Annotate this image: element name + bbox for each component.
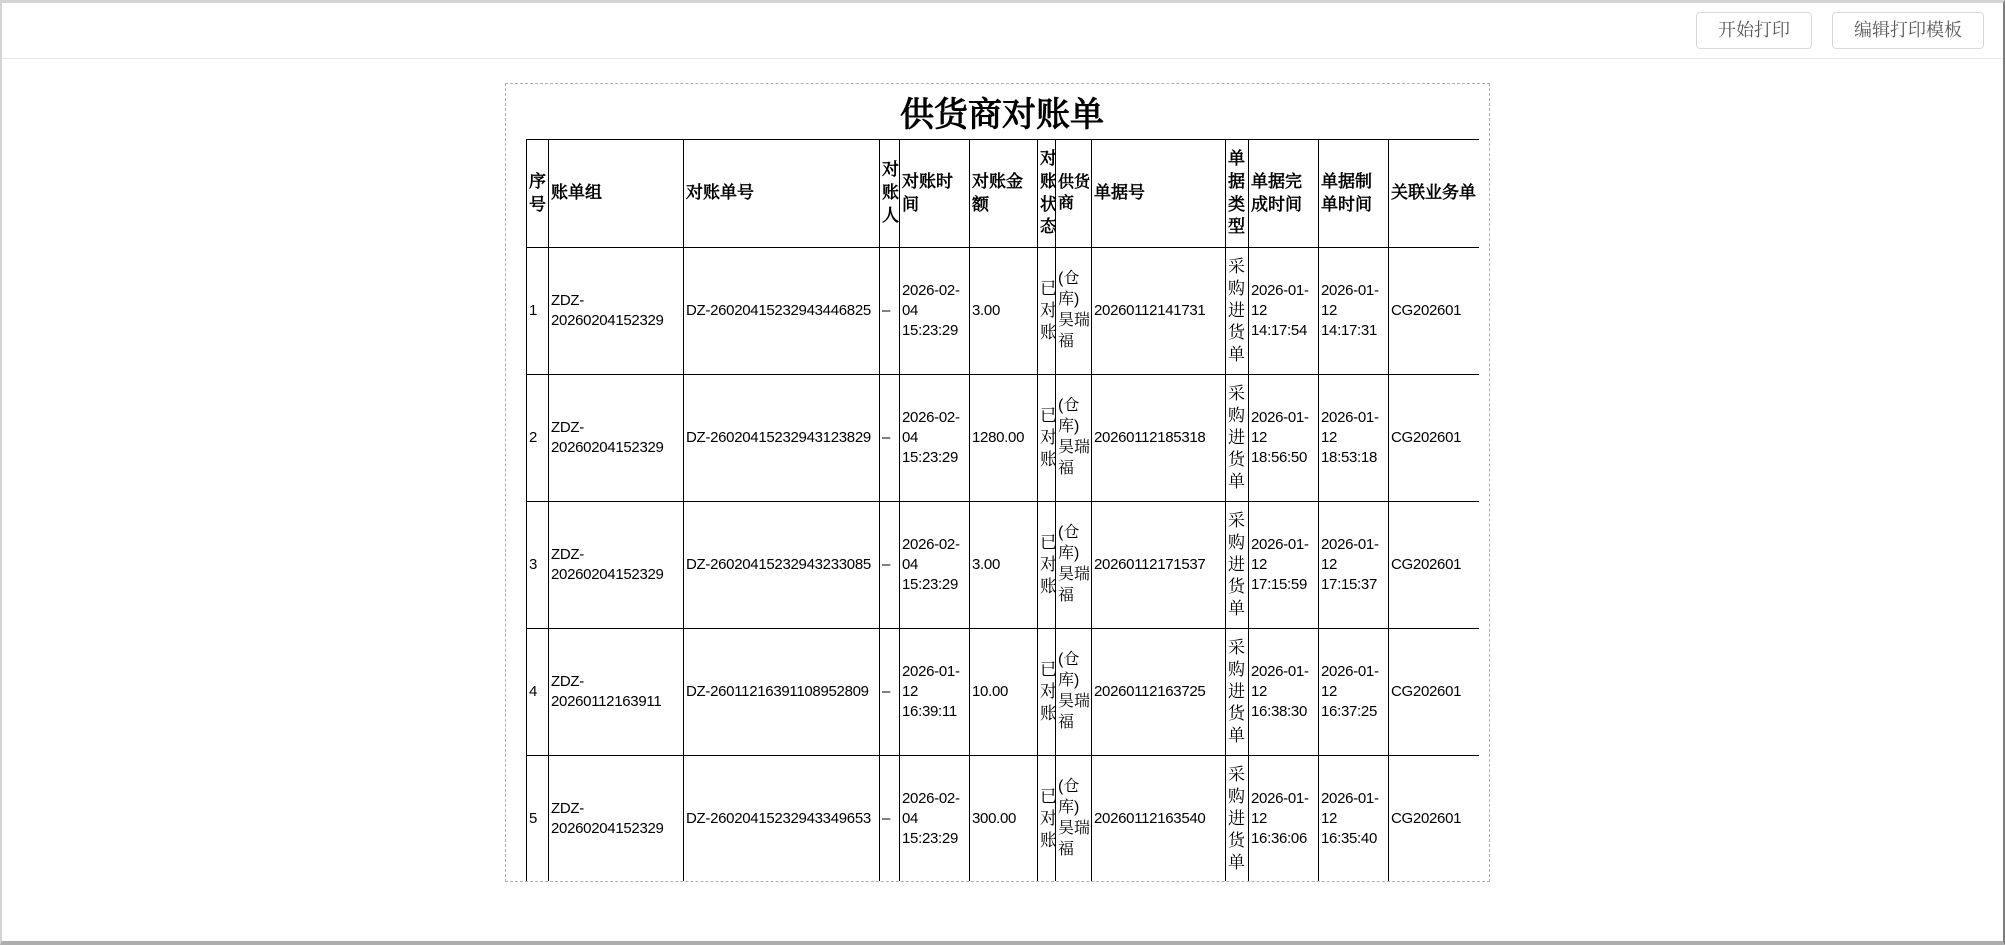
cell-supplier: (仓库)昊瑞福 [1056,248,1092,375]
column-header-reconcile-amount: 对账金额 [970,140,1038,248]
cell-reconciler: – [880,502,900,629]
cell-related-biz-order: CG202601 [1389,248,1479,375]
cell-doc-no: 20260112185318 [1092,375,1226,502]
print-preview-paper: 供货商对账单 序号账单组对账单号对账人对账时间对账金额对账状态供货商单据号单据类… [505,83,1490,882]
statement-table-header: 序号账单组对账单号对账人对账时间对账金额对账状态供货商单据号单据类型单据完成时间… [527,140,1479,248]
cell-reconcile-time: 2026-02-04 15:23:29 [900,756,970,883]
cell-doc-finish-time: 2026-01-12 14:17:54 [1249,248,1319,375]
app-window: 开始打印 编辑打印模板 供货商对账单 序号账单组对账单号对账人对账时间对账金额对… [0,0,2005,945]
cell-related-biz-order: CG202601 [1389,502,1479,629]
cell-bill-group: ZDZ-20260204152329 [549,502,684,629]
cell-reconciler: – [880,248,900,375]
cell-reconcile-status: 已对账 [1038,629,1056,756]
column-header-statement-no: 对账单号 [684,140,880,248]
table-row: 4ZDZ-20260112163911DZ-260112163911089528… [527,629,1479,756]
cell-supplier: (仓库)昊瑞福 [1056,502,1092,629]
cell-statement-no: DZ-26020415232943123829 [684,375,880,502]
cell-doc-create-time: 2026-01-12 17:15:37 [1319,502,1389,629]
cell-reconcile-time: 2026-02-04 15:23:29 [900,248,970,375]
column-header-reconcile-status: 对账状态 [1038,140,1056,248]
cell-statement-no: DZ-26020415232943446825 [684,248,880,375]
cell-doc-no: 20260112171537 [1092,502,1226,629]
cell-bill-group: ZDZ-20260112163911 [549,629,684,756]
cell-seq: 3 [527,502,549,629]
cell-reconciler: – [880,629,900,756]
cell-seq: 2 [527,375,549,502]
cell-reconcile-amount: 10.00 [970,629,1038,756]
column-header-supplier: 供货商 [1056,140,1092,248]
cell-reconciler: – [880,756,900,883]
cell-related-biz-order: CG202601 [1389,629,1479,756]
cell-supplier: (仓库)昊瑞福 [1056,756,1092,883]
cell-seq: 4 [527,629,549,756]
column-header-doc-finish-time: 单据完成时间 [1249,140,1319,248]
cell-statement-no: DZ-26020415232943233085 [684,502,880,629]
header-row: 序号账单组对账单号对账人对账时间对账金额对账状态供货商单据号单据类型单据完成时间… [527,140,1479,248]
print-toolbar: 开始打印 编辑打印模板 [2,3,2003,59]
cell-doc-no: 20260112141731 [1092,248,1226,375]
cell-statement-no: DZ-26020415232943349653 [684,756,880,883]
cell-seq: 1 [527,248,549,375]
cell-reconcile-status: 已对账 [1038,502,1056,629]
cell-reconcile-amount: 3.00 [970,248,1038,375]
column-header-reconcile-time: 对账时间 [900,140,970,248]
cell-supplier: (仓库)昊瑞福 [1056,629,1092,756]
print-preview-area: 供货商对账单 序号账单组对账单号对账人对账时间对账金额对账状态供货商单据号单据类… [2,59,2003,882]
cell-reconcile-time: 2026-02-04 15:23:29 [900,502,970,629]
cell-bill-group: ZDZ-20260204152329 [549,756,684,883]
cell-doc-finish-time: 2026-01-12 17:15:59 [1249,502,1319,629]
table-row: 2ZDZ-20260204152329DZ-260204152329431238… [527,375,1479,502]
statement-table: 序号账单组对账单号对账人对账时间对账金额对账状态供货商单据号单据类型单据完成时间… [526,139,1479,882]
cell-doc-finish-time: 2026-01-12 16:36:06 [1249,756,1319,883]
cell-reconcile-time: 2026-02-04 15:23:29 [900,375,970,502]
start-print-button[interactable]: 开始打印 [1696,12,1812,49]
cell-related-biz-order: CG202601 [1389,375,1479,502]
cell-doc-type: 采购进货单 [1226,629,1249,756]
cell-reconcile-time: 2026-01-12 16:39:11 [900,629,970,756]
cell-reconcile-status: 已对账 [1038,375,1056,502]
statement-table-body: 1ZDZ-20260204152329DZ-260204152329434468… [527,248,1479,883]
column-header-doc-create-time: 单据制单时间 [1319,140,1389,248]
table-row: 5ZDZ-20260204152329DZ-260204152329433496… [527,756,1479,883]
edit-print-template-button[interactable]: 编辑打印模板 [1832,12,1984,49]
cell-doc-create-time: 2026-01-12 16:37:25 [1319,629,1389,756]
cell-reconcile-status: 已对账 [1038,248,1056,375]
cell-reconcile-amount: 1280.00 [970,375,1038,502]
cell-doc-create-time: 2026-01-12 18:53:18 [1319,375,1389,502]
cell-doc-type: 采购进货单 [1226,375,1249,502]
cell-reconcile-amount: 300.00 [970,756,1038,883]
column-header-doc-no: 单据号 [1092,140,1226,248]
report-title: 供货商对账单 [526,94,1478,139]
cell-doc-type: 采购进货单 [1226,756,1249,883]
cell-supplier: (仓库)昊瑞福 [1056,375,1092,502]
cell-doc-create-time: 2026-01-12 14:17:31 [1319,248,1389,375]
cell-statement-no: DZ-26011216391108952809 [684,629,880,756]
cell-doc-type: 采购进货单 [1226,502,1249,629]
cell-seq: 5 [527,756,549,883]
cell-bill-group: ZDZ-20260204152329 [549,248,684,375]
cell-related-biz-order: CG202601 [1389,756,1479,883]
cell-doc-finish-time: 2026-01-12 16:38:30 [1249,629,1319,756]
column-header-seq: 序号 [527,140,549,248]
column-header-related-biz-order: 关联业务单 [1389,140,1479,248]
cell-reconcile-amount: 3.00 [970,502,1038,629]
cell-doc-type: 采购进货单 [1226,248,1249,375]
cell-doc-no: 20260112163540 [1092,756,1226,883]
column-header-doc-type: 单据类型 [1226,140,1249,248]
cell-reconcile-status: 已对账 [1038,756,1056,883]
cell-bill-group: ZDZ-20260204152329 [549,375,684,502]
column-header-bill-group: 账单组 [549,140,684,248]
cell-doc-create-time: 2026-01-12 16:35:40 [1319,756,1389,883]
cell-doc-no: 20260112163725 [1092,629,1226,756]
table-row: 1ZDZ-20260204152329DZ-260204152329434468… [527,248,1479,375]
cell-reconciler: – [880,375,900,502]
column-header-reconciler: 对账人 [880,140,900,248]
cell-doc-finish-time: 2026-01-12 18:56:50 [1249,375,1319,502]
table-row: 3ZDZ-20260204152329DZ-260204152329432330… [527,502,1479,629]
